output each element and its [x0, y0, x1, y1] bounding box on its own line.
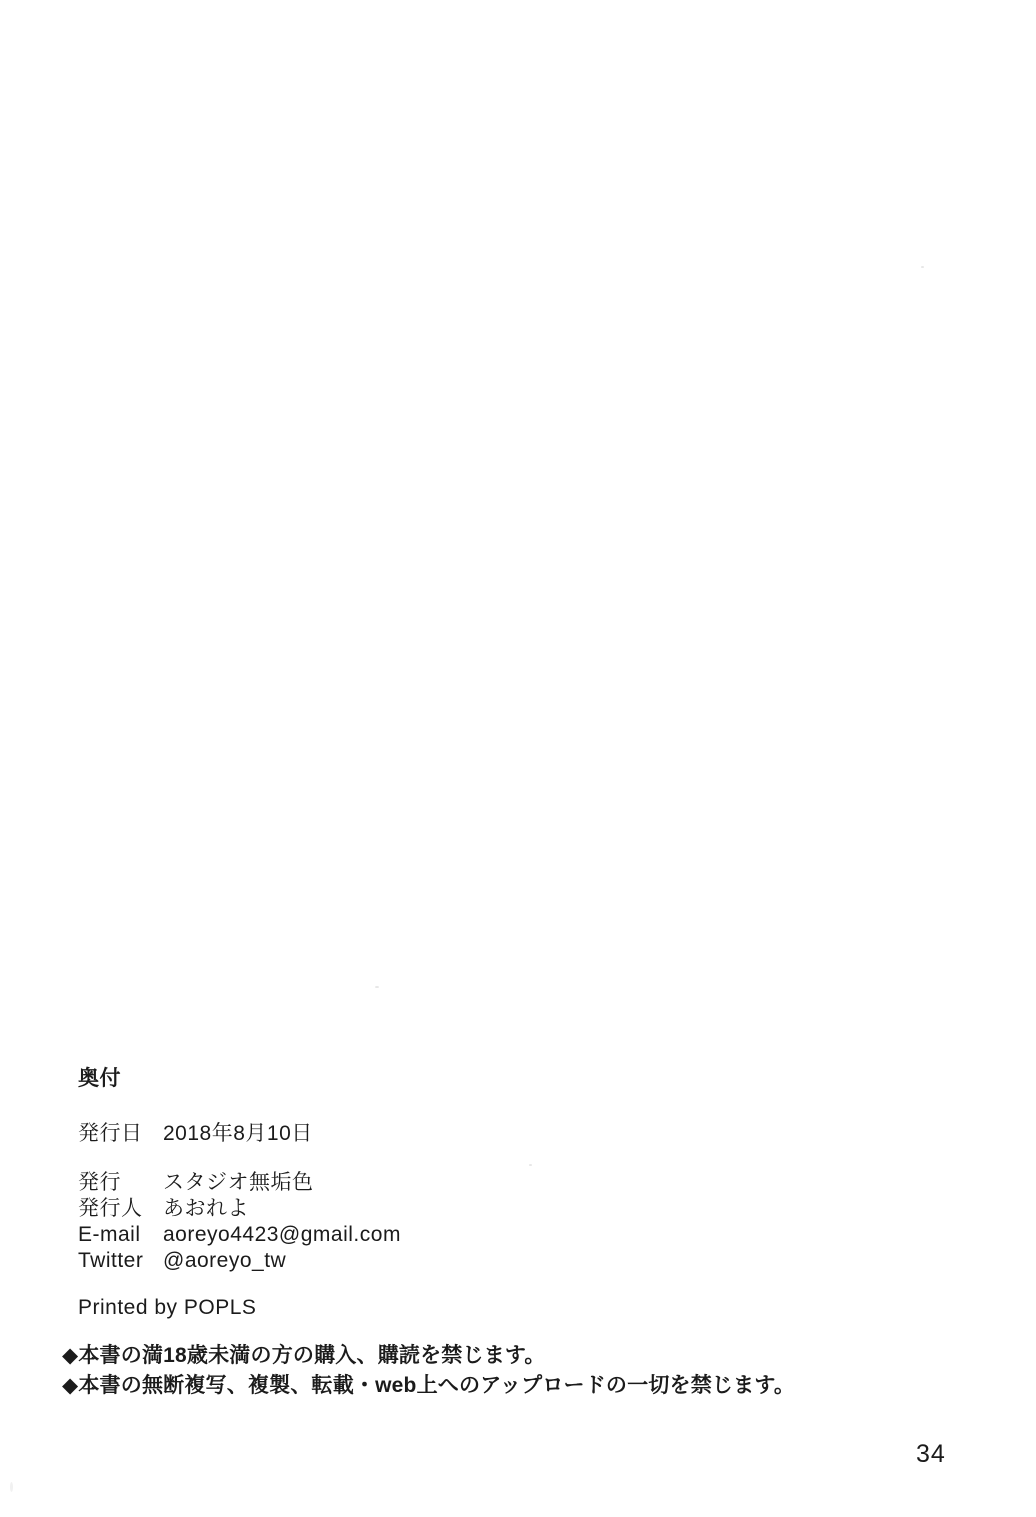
scan-speck	[921, 266, 924, 268]
email-value: aoreyo4423@gmail.com	[163, 1222, 401, 1248]
email-row: E-mail aoreyo4423@gmail.com	[78, 1222, 795, 1248]
author-row: 発行人 あおれよ	[78, 1196, 795, 1222]
publisher-info-group: 発行 スタジオ無垢色 発行人 あおれよ E-mail aoreyo4423@gm…	[78, 1170, 795, 1274]
publisher-label: 発行	[78, 1170, 163, 1196]
printed-by-line: Printed by POPLS	[78, 1295, 795, 1321]
colophon-heading: 奥付	[78, 1066, 795, 1092]
publisher-row: 発行 スタジオ無垢色	[78, 1170, 795, 1196]
legal-notices: ◆本書の満18歳未満の方の購入、購読を禁じます。 ◆本書の無断複写、複製、転載・…	[62, 1341, 795, 1401]
scan-speck	[10, 1482, 13, 1492]
publisher-value: スタジオ無垢色	[163, 1170, 314, 1196]
publication-date-row: 発行日 2018年8月10日	[78, 1121, 795, 1147]
publication-date-label: 発行日	[78, 1121, 163, 1147]
email-label: E-mail	[78, 1222, 163, 1248]
publication-date-value: 2018年8月10日	[163, 1121, 313, 1147]
twitter-label: Twitter	[78, 1248, 163, 1274]
scanned-colophon-page: 奥付 発行日 2018年8月10日 発行 スタジオ無垢色 発行人 あおれよ E-…	[0, 0, 1036, 1517]
author-value: あおれよ	[163, 1196, 249, 1222]
page-number: 34	[916, 1440, 946, 1469]
author-label: 発行人	[78, 1196, 163, 1222]
twitter-value: @aoreyo_tw	[163, 1248, 286, 1274]
no-reproduction-notice: ◆本書の無断複写、複製、転載・web上へのアップロードの一切を禁じます。	[62, 1371, 795, 1401]
age-restriction-notice: ◆本書の満18歳未満の方の購入、購読を禁じます。	[62, 1341, 795, 1371]
colophon-block: 奥付 発行日 2018年8月10日 発行 スタジオ無垢色 発行人 あおれよ E-…	[78, 1066, 795, 1401]
scan-speck	[375, 986, 379, 988]
twitter-row: Twitter @aoreyo_tw	[78, 1248, 795, 1274]
